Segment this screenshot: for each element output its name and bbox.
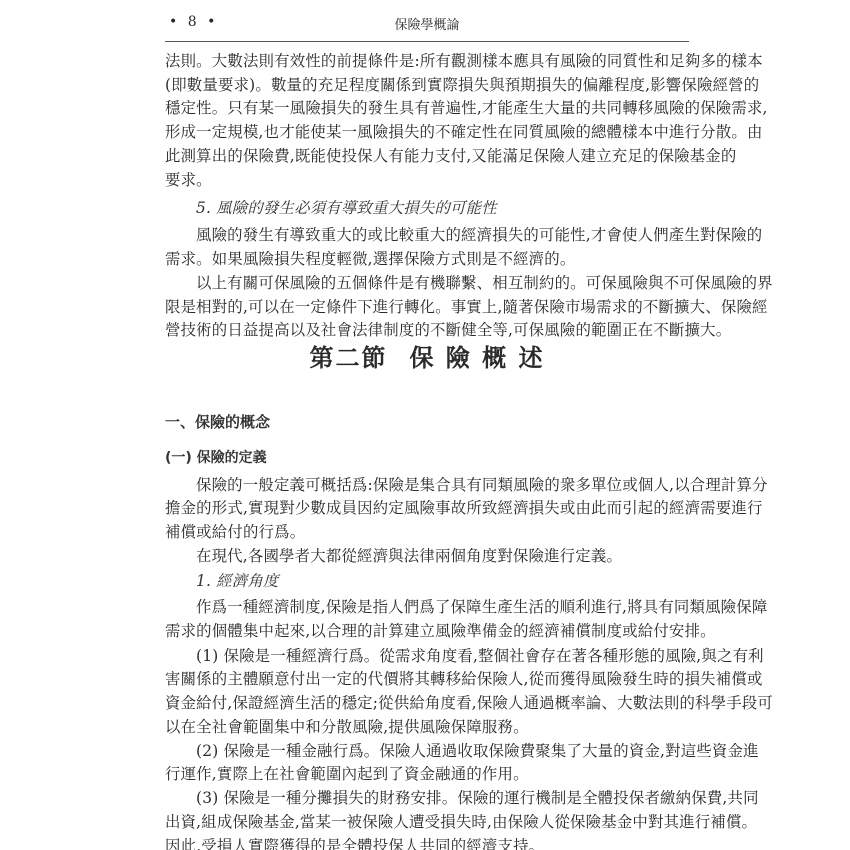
item-heading: 1. 經濟角度 [165,571,689,591]
book-title: 保險學概論 [165,14,689,33]
text-line: 需求的個體集中起來,以合理的計算建立風險準備金的經濟補償制度或給付安排。 [165,621,689,641]
section-number: 第二節 [309,343,387,372]
section-name: 保 險 概 述 [409,343,544,372]
text-line: 出資,組成保險基金,當某一被保險人遭受損失時,由保險人從保險基金中對其進行補償。 [165,812,689,832]
text-line: 因此,受損人實際獲得的是全體投保人共同的經濟支持。 [165,836,689,850]
text-line: 害關係的主體願意付出一定的代價將其轉移給保險人,從而獲得風險發生時的損失補償或 [165,669,689,689]
text-line: (3) 保險是一種分攤損失的財務安排。保險的運行機制是全體投保者繳納保費,共同 [165,788,689,808]
section-title: 第二節保 險 概 述 [165,338,689,373]
text-line: (1) 保險是一種經濟行爲。從需求角度看,整個社會存在著各種形態的風險,與之有利 [165,646,689,666]
text-line: 資金給付,保證經濟生活的穩定;從供給角度看,保險人通過概率論、大數法則的科學手段… [165,693,689,713]
text-line: 作爲一種經濟制度,保險是指人們爲了保障生產生活的順利進行,將具有同類風險保障 [165,597,689,617]
text-line: (2) 保險是一種金融行爲。保險人通過收取保險費聚集了大量的資金,對這些資金進 [165,741,689,761]
text-line: (即數量要求)。數量的充足程度關係到實際損失與預期損失的偏離程度,影響保險經營的 [165,75,689,95]
text-line: 風險的發生有導致重大的或比較重大的經濟損失的可能性,才會使人們產生對保險的 [165,225,689,245]
text-line: 行運作,實際上在社會範圍內起到了資金融通的作用。 [165,764,689,784]
text-line: 補償或給付的行爲。 [165,522,689,542]
text-line: 擔金的形式,實現對少數成員因約定風險事故所致經濟損失或由此而引起的經濟需要進行 [165,498,689,518]
text-line: 保險的一般定義可概括爲:保險是集合具有同類風險的衆多單位或個人,以合理計算分 [165,475,689,495]
heading-level-3: (一) 保險的定義 [165,447,267,467]
text-line: 以在全社會範圍集中和分散風險,提供風險保障服務。 [165,717,689,737]
text-line: 形成一定規模,也才能使某一風險損失的不確定性在同質風險的總體樣本中進行分散。由 [165,122,689,142]
text-line: 法則。大數法則有效性的前提條件是:所有觀測樣本應具有風險的同質性和足夠多的樣本 [165,51,689,71]
item-heading: 5. 風險的發生必須有導致重大損失的可能性 [165,198,689,218]
text-line: 限是相對的,可以在一定條件下進行轉化。事實上,隨著保險市場需求的不斷擴大、保險經 [165,297,689,317]
text-line: 營技術的日益提高以及社會法律制度的不斷健全等,可保風險的範圍正在不斷擴大。 [165,320,689,340]
text-line: 需求。如果風險損失程度輕微,選擇保險方式則是不經濟的。 [165,249,689,269]
text-line: 此測算出的保險費,既能使投保人有能力支付,又能滿足保險人建立充足的保險基金的 [165,146,689,166]
text-line: 穩定性。只有某一風險損失的發生具有普遍性,才能產生大量的共同轉移風險的保險需求, [165,98,689,118]
header-rule [165,41,689,42]
running-head: • 8 • 保險學概論 [165,14,689,36]
heading-level-2: 一、保險的概念 [165,411,270,432]
text-line: 要求。 [165,170,689,190]
text-line: 以上有關可保風險的五個條件是有機聯繫、相互制約的。可保風險與不可保風險的界 [165,273,689,293]
text-line: 在現代,各國學者大都從經濟與法律兩個角度對保險進行定義。 [165,546,689,566]
